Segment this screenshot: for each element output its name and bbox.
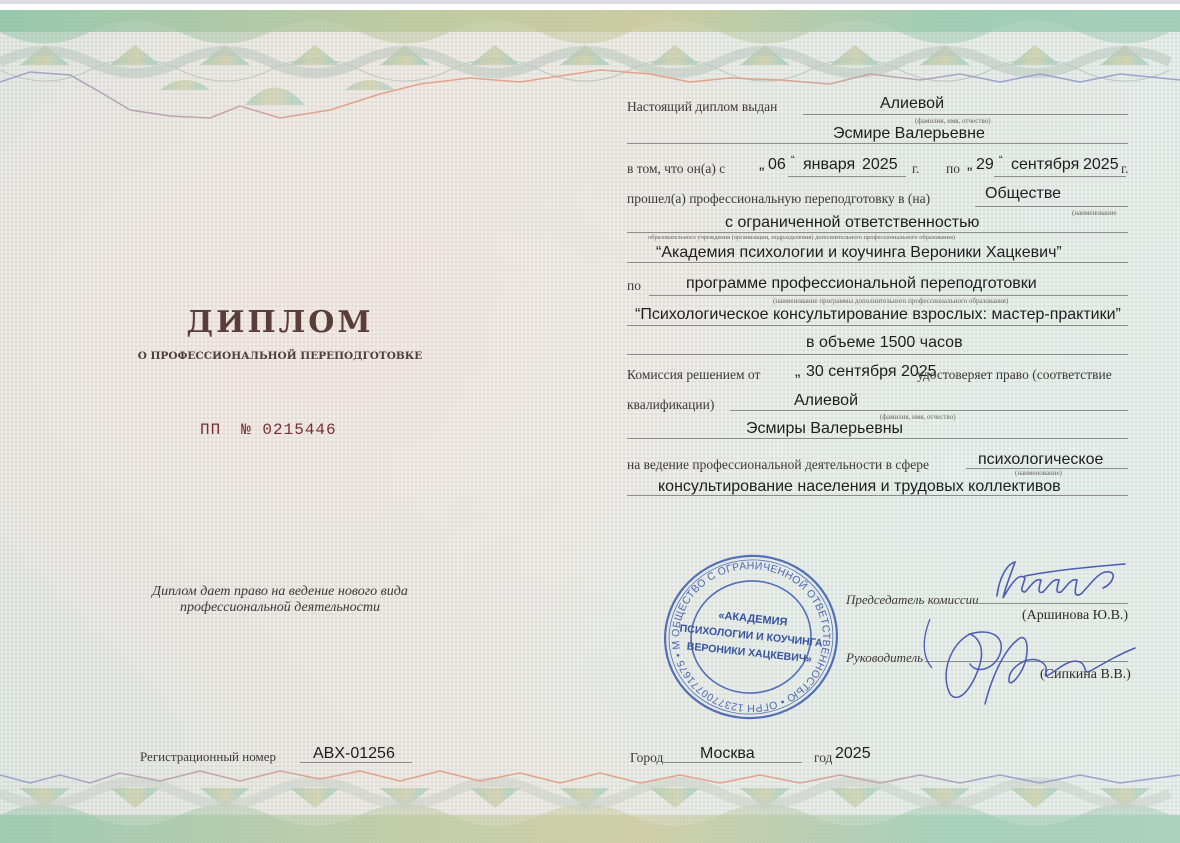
end-year-suffix: г.: [1121, 161, 1128, 177]
org-name-hint: (наименование: [1072, 209, 1117, 217]
holder-name: Эсмиры Валерьевны: [746, 420, 903, 438]
org-underline-3: [627, 262, 1128, 263]
director-label: Руководитель: [846, 650, 923, 666]
org-underline-2: [627, 232, 1128, 233]
qualification-label: квалификации): [627, 397, 714, 413]
serial-series: ПП: [200, 421, 221, 439]
registration-label: Регистрационный номер: [140, 749, 276, 765]
org-underline-1: [975, 206, 1128, 207]
program-underline-1: [649, 295, 1128, 296]
activity-line-2: консультирование населения и трудовых ко…: [658, 478, 1061, 496]
stamp-center-line: «АКАДЕМИЯ: [718, 610, 788, 629]
rights-text: Диплом дает право на ведение нового вида…: [120, 584, 440, 616]
serial-number: ПП№ 0215446: [200, 421, 337, 439]
end-year: 2025: [1083, 156, 1119, 174]
program-underline-2: [627, 325, 1128, 326]
holder-underline-2: [627, 438, 1128, 439]
city-value: Москва: [700, 745, 755, 763]
director-underline: [925, 661, 1128, 662]
program-hint: (наименование программы дополнительного …: [773, 297, 1008, 305]
director-name: (Сипкина В.В.): [1040, 667, 1131, 683]
holder-underline-1: [730, 410, 1128, 411]
end-quote-open: „: [967, 156, 972, 174]
activity-line-1: психологическое: [978, 451, 1103, 469]
serial-digits: 0215446: [262, 421, 336, 439]
recipient-name: Эсмире Валерьевне: [833, 125, 985, 143]
start-year: 2025: [862, 156, 898, 174]
guilloche-bottom-border-icon: [0, 753, 1180, 843]
chairman-underline: [975, 603, 1128, 604]
program-prefix: по: [627, 278, 641, 294]
diploma-subtitle: О ПРОФЕССИОНАЛЬНОЙ ПЕРЕПОДГОТОВКЕ: [120, 350, 440, 362]
org-hint: образовательного учреждения (организации…: [648, 234, 955, 241]
start-month: января: [803, 156, 855, 174]
org-line-3: “Академия психологии и коучинга Вероники…: [656, 244, 1062, 262]
registration-number: ABX-01256: [313, 745, 395, 763]
chairman-signature-icon: [985, 558, 1145, 608]
recipient-surname: Алиевой: [880, 95, 944, 113]
chairman-label: Председатель комиссии: [846, 592, 979, 608]
end-date-underline: [994, 176, 1126, 177]
org-line-1: Обществе: [985, 185, 1061, 203]
director-signature-icon: [910, 614, 1140, 714]
serial-sign: №: [241, 421, 252, 439]
org-line-2: с ограниченной ответственностью: [725, 214, 979, 232]
start-quote-close: “: [791, 154, 795, 166]
recipient-underline-1: [803, 114, 1128, 115]
window-top-edge: [0, 0, 1180, 4]
holder-surname: Алиевой: [794, 392, 858, 410]
start-quote-open: „: [759, 156, 764, 174]
guilloche-top-border-icon: [0, 10, 1180, 120]
activity-label: на ведение профессиональной деятельности…: [627, 457, 929, 473]
diploma-title: ДИПЛОМ: [120, 305, 440, 340]
city-label: Город: [630, 750, 663, 766]
activity-hint: (наименование): [1015, 469, 1062, 477]
diploma-sheet: ДИПЛОМ О ПРОФЕССИОНАЛЬНОЙ ПЕРЕПОДГОТОВКЕ…: [0, 10, 1180, 843]
end-month: сентября: [1011, 156, 1079, 174]
fio-hint-1: (фамилия, имя, отчество): [915, 117, 991, 125]
organization-stamp-icon: ОБЩЕСТВО С ОГРАНИЧЕННОЙ ОТВЕТСТВЕННОСТЬЮ…: [656, 548, 846, 726]
program-line-3: в объеме 1500 часов: [806, 334, 963, 352]
period-to: по: [946, 161, 960, 177]
start-year-suffix: г.: [912, 161, 919, 177]
year-label: год: [814, 750, 832, 766]
start-date-underline: [788, 176, 906, 177]
program-underline-3: [627, 354, 1128, 355]
completed-label: прошел(а) профессиональную переподготовк…: [627, 191, 930, 207]
program-line-2: “Психологическое консультирование взросл…: [635, 306, 1121, 324]
commission-label: Комиссия решением от: [627, 367, 760, 383]
commission-quote-open: „: [795, 363, 800, 381]
commission-suffix: удостоверяет право (соответствие: [917, 367, 1112, 383]
chairman-name: (Аршинова Ю.В.): [1022, 608, 1128, 624]
period-prefix: в том, что он(а) с: [627, 161, 725, 177]
recipient-underline-2: [627, 143, 1128, 144]
start-day: 06: [768, 156, 786, 174]
year-value: 2025: [835, 745, 871, 763]
program-line-1: программе профессиональной переподготовк…: [686, 275, 1037, 293]
end-day: 29: [976, 156, 994, 174]
issued-label: Настоящий диплом выдан: [627, 99, 777, 115]
end-quote-close: “: [999, 154, 1003, 166]
